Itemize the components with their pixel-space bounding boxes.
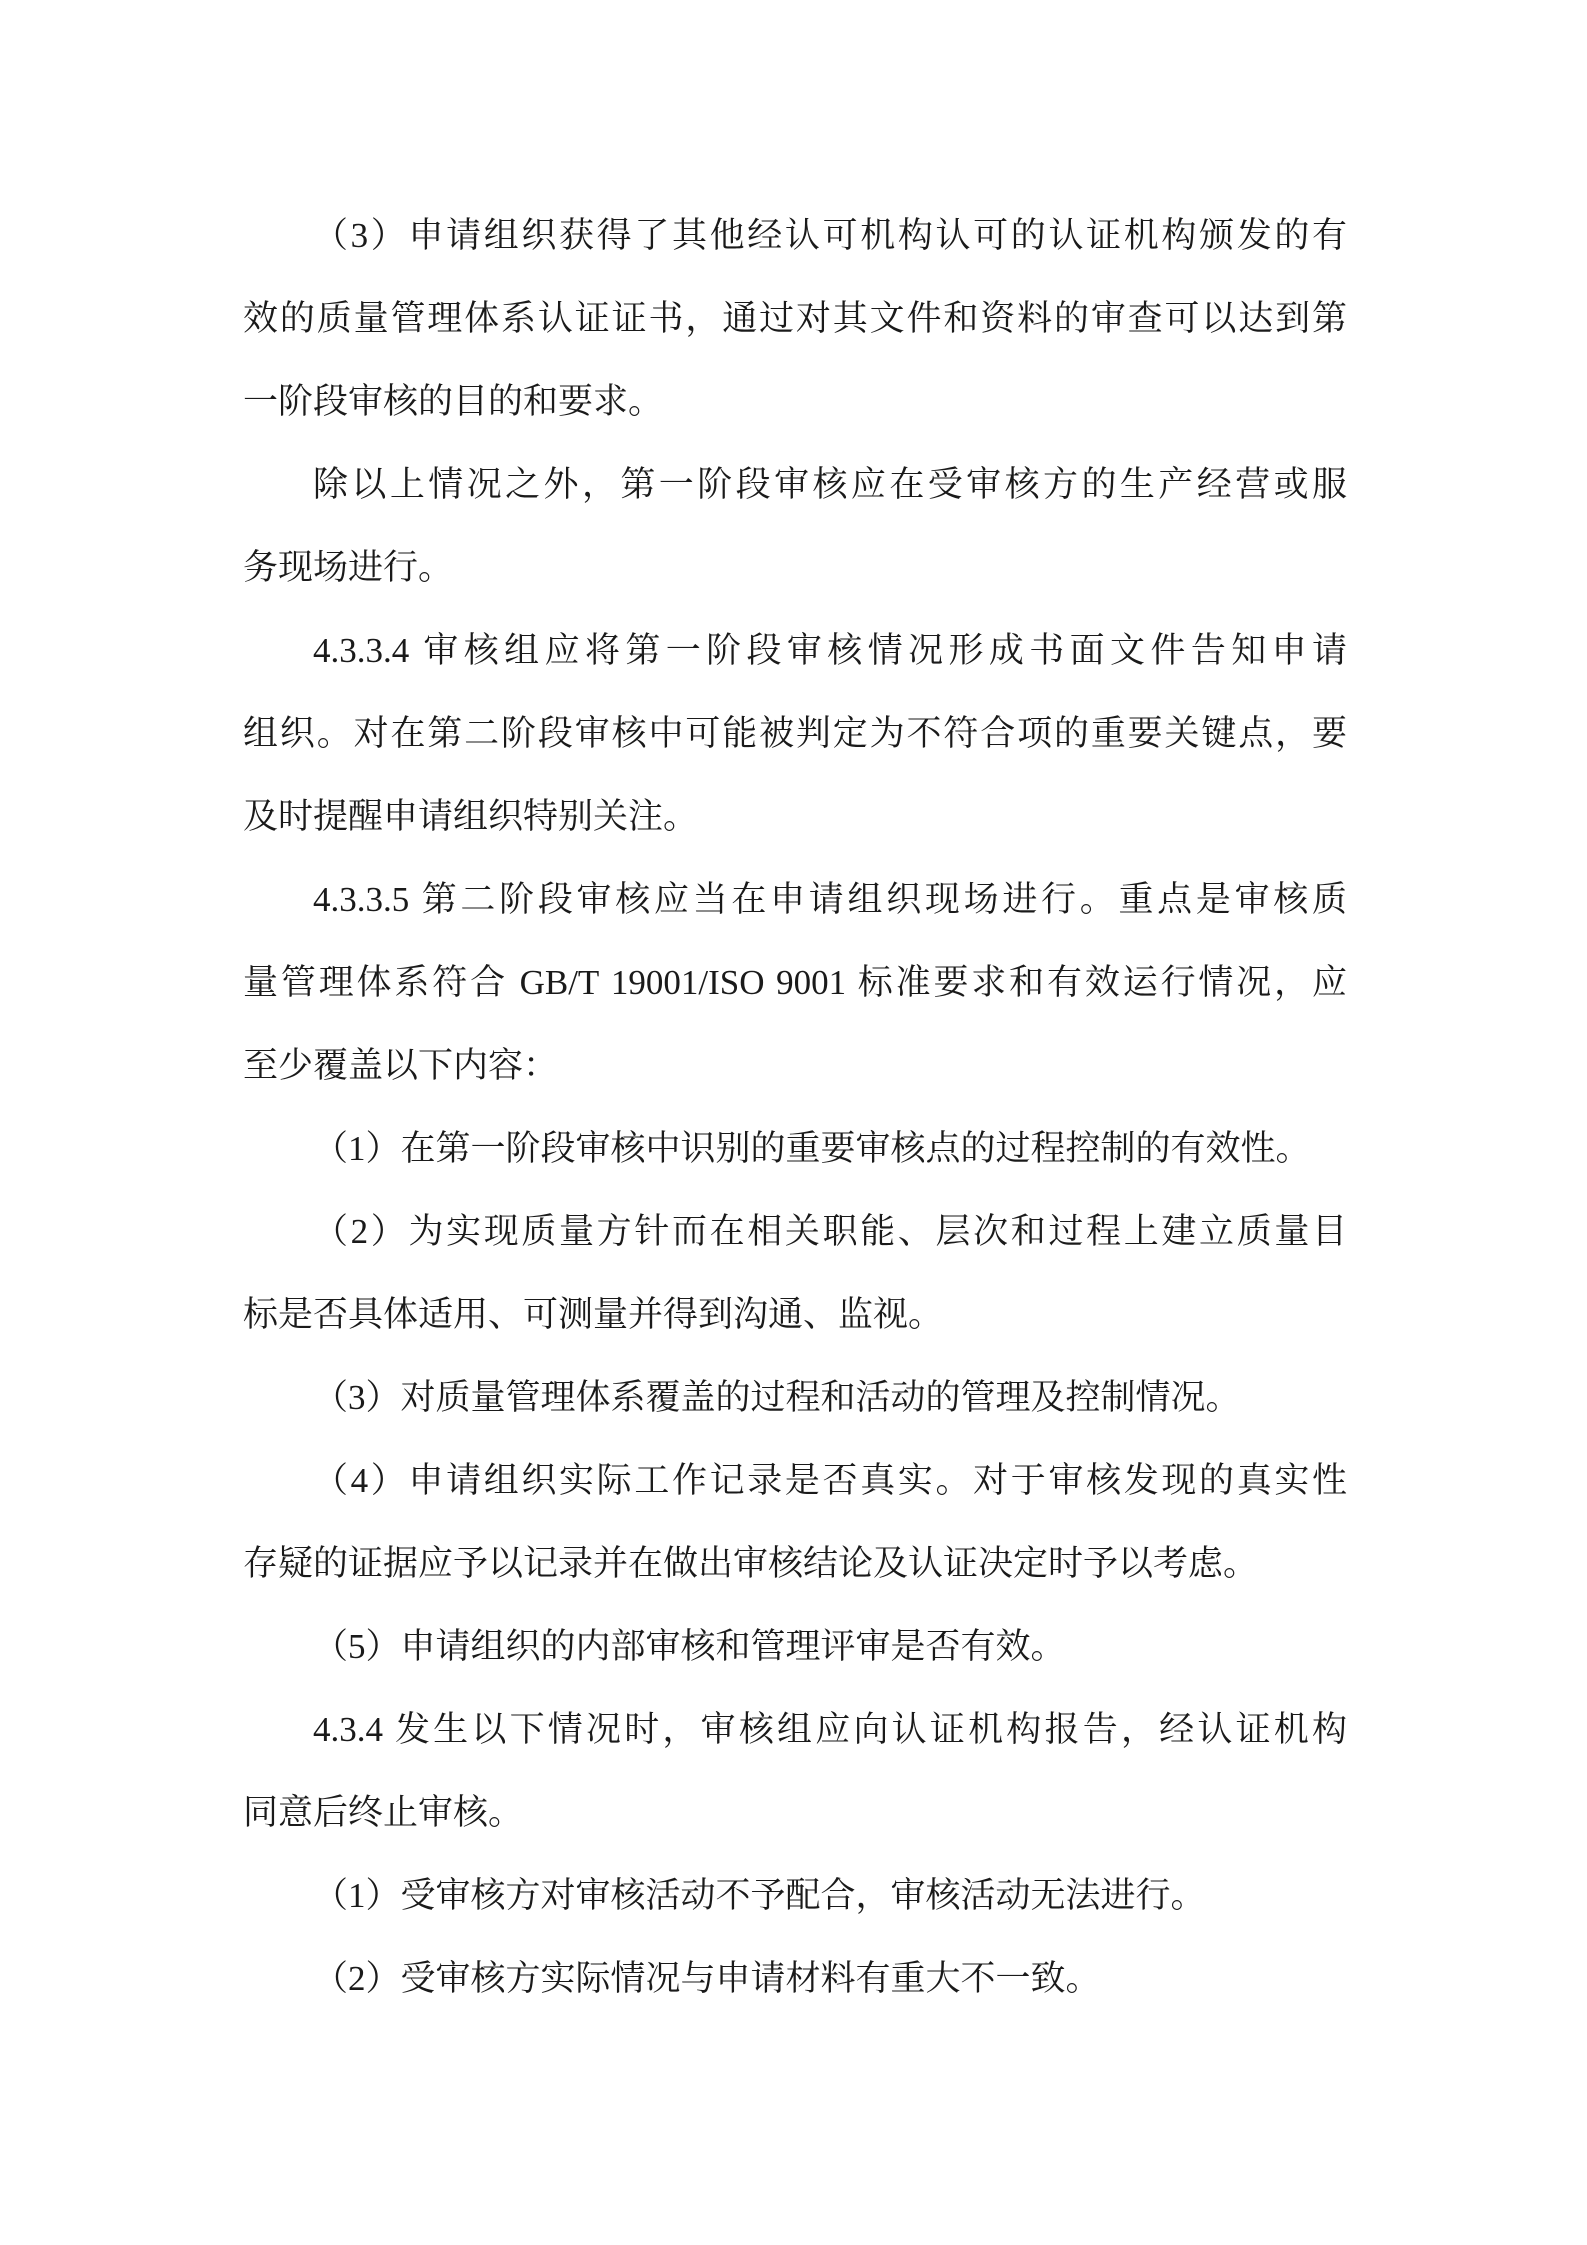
text-line: 效的质量管理体系认证证书，通过对其文件和资料的审查可以达到第 [243,277,1347,360]
text-line: （4）申请组织实际工作记录是否真实。对于审核发现的真实性 [243,1439,1347,1522]
text-line: 4.3.3.5 第二阶段审核应当在申请组织现场进行。重点是审核质 [243,858,1347,941]
text-line: 存疑的证据应予以记录并在做出审核结论及认证决定时予以考虑。 [243,1522,1347,1605]
text-line: 同意后终止审核。 [243,1771,1347,1854]
text-line: 除以上情况之外，第一阶段审核应在受审核方的生产经营或服 [243,443,1347,526]
text-line: （2）为实现质量方针而在相关职能、层次和过程上建立质量目 [243,1190,1347,1273]
text-line: （1）在第一阶段审核中识别的重要审核点的过程控制的有效性。 [243,1107,1347,1190]
text-line: 至少覆盖以下内容： [243,1024,1347,1107]
text-line: 4.3.4 发生以下情况时，审核组应向认证机构报告，经认证机构 [243,1688,1347,1771]
text-line: （5）申请组织的内部审核和管理评审是否有效。 [243,1605,1347,1688]
text-line: （2）受审核方实际情况与申请材料有重大不一致。 [243,1937,1347,2020]
text-line: 组织。对在第二阶段审核中可能被判定为不符合项的重要关键点，要 [243,692,1347,775]
text-line: 一阶段审核的目的和要求。 [243,360,1347,443]
text-line: 及时提醒申请组织特别关注。 [243,775,1347,858]
text-line: （3）对质量管理体系覆盖的过程和活动的管理及控制情况。 [243,1356,1347,1439]
document-page: （3）申请组织获得了其他经认可机构认可的认证机构颁发的有效的质量管理体系认证证书… [0,0,1587,2245]
document-text-block: （3）申请组织获得了其他经认可机构认可的认证机构颁发的有效的质量管理体系认证证书… [243,194,1347,2020]
text-line: 标是否具体适用、可测量并得到沟通、监视。 [243,1273,1347,1356]
text-line: （1）受审核方对审核活动不予配合，审核活动无法进行。 [243,1854,1347,1937]
text-line: 4.3.3.4 审核组应将第一阶段审核情况形成书面文件告知申请 [243,609,1347,692]
text-line: 量管理体系符合 GB/T 19001/ISO 9001 标准要求和有效运行情况，… [243,941,1347,1024]
text-line: （3）申请组织获得了其他经认可机构认可的认证机构颁发的有 [243,194,1347,277]
text-line: 务现场进行。 [243,526,1347,609]
